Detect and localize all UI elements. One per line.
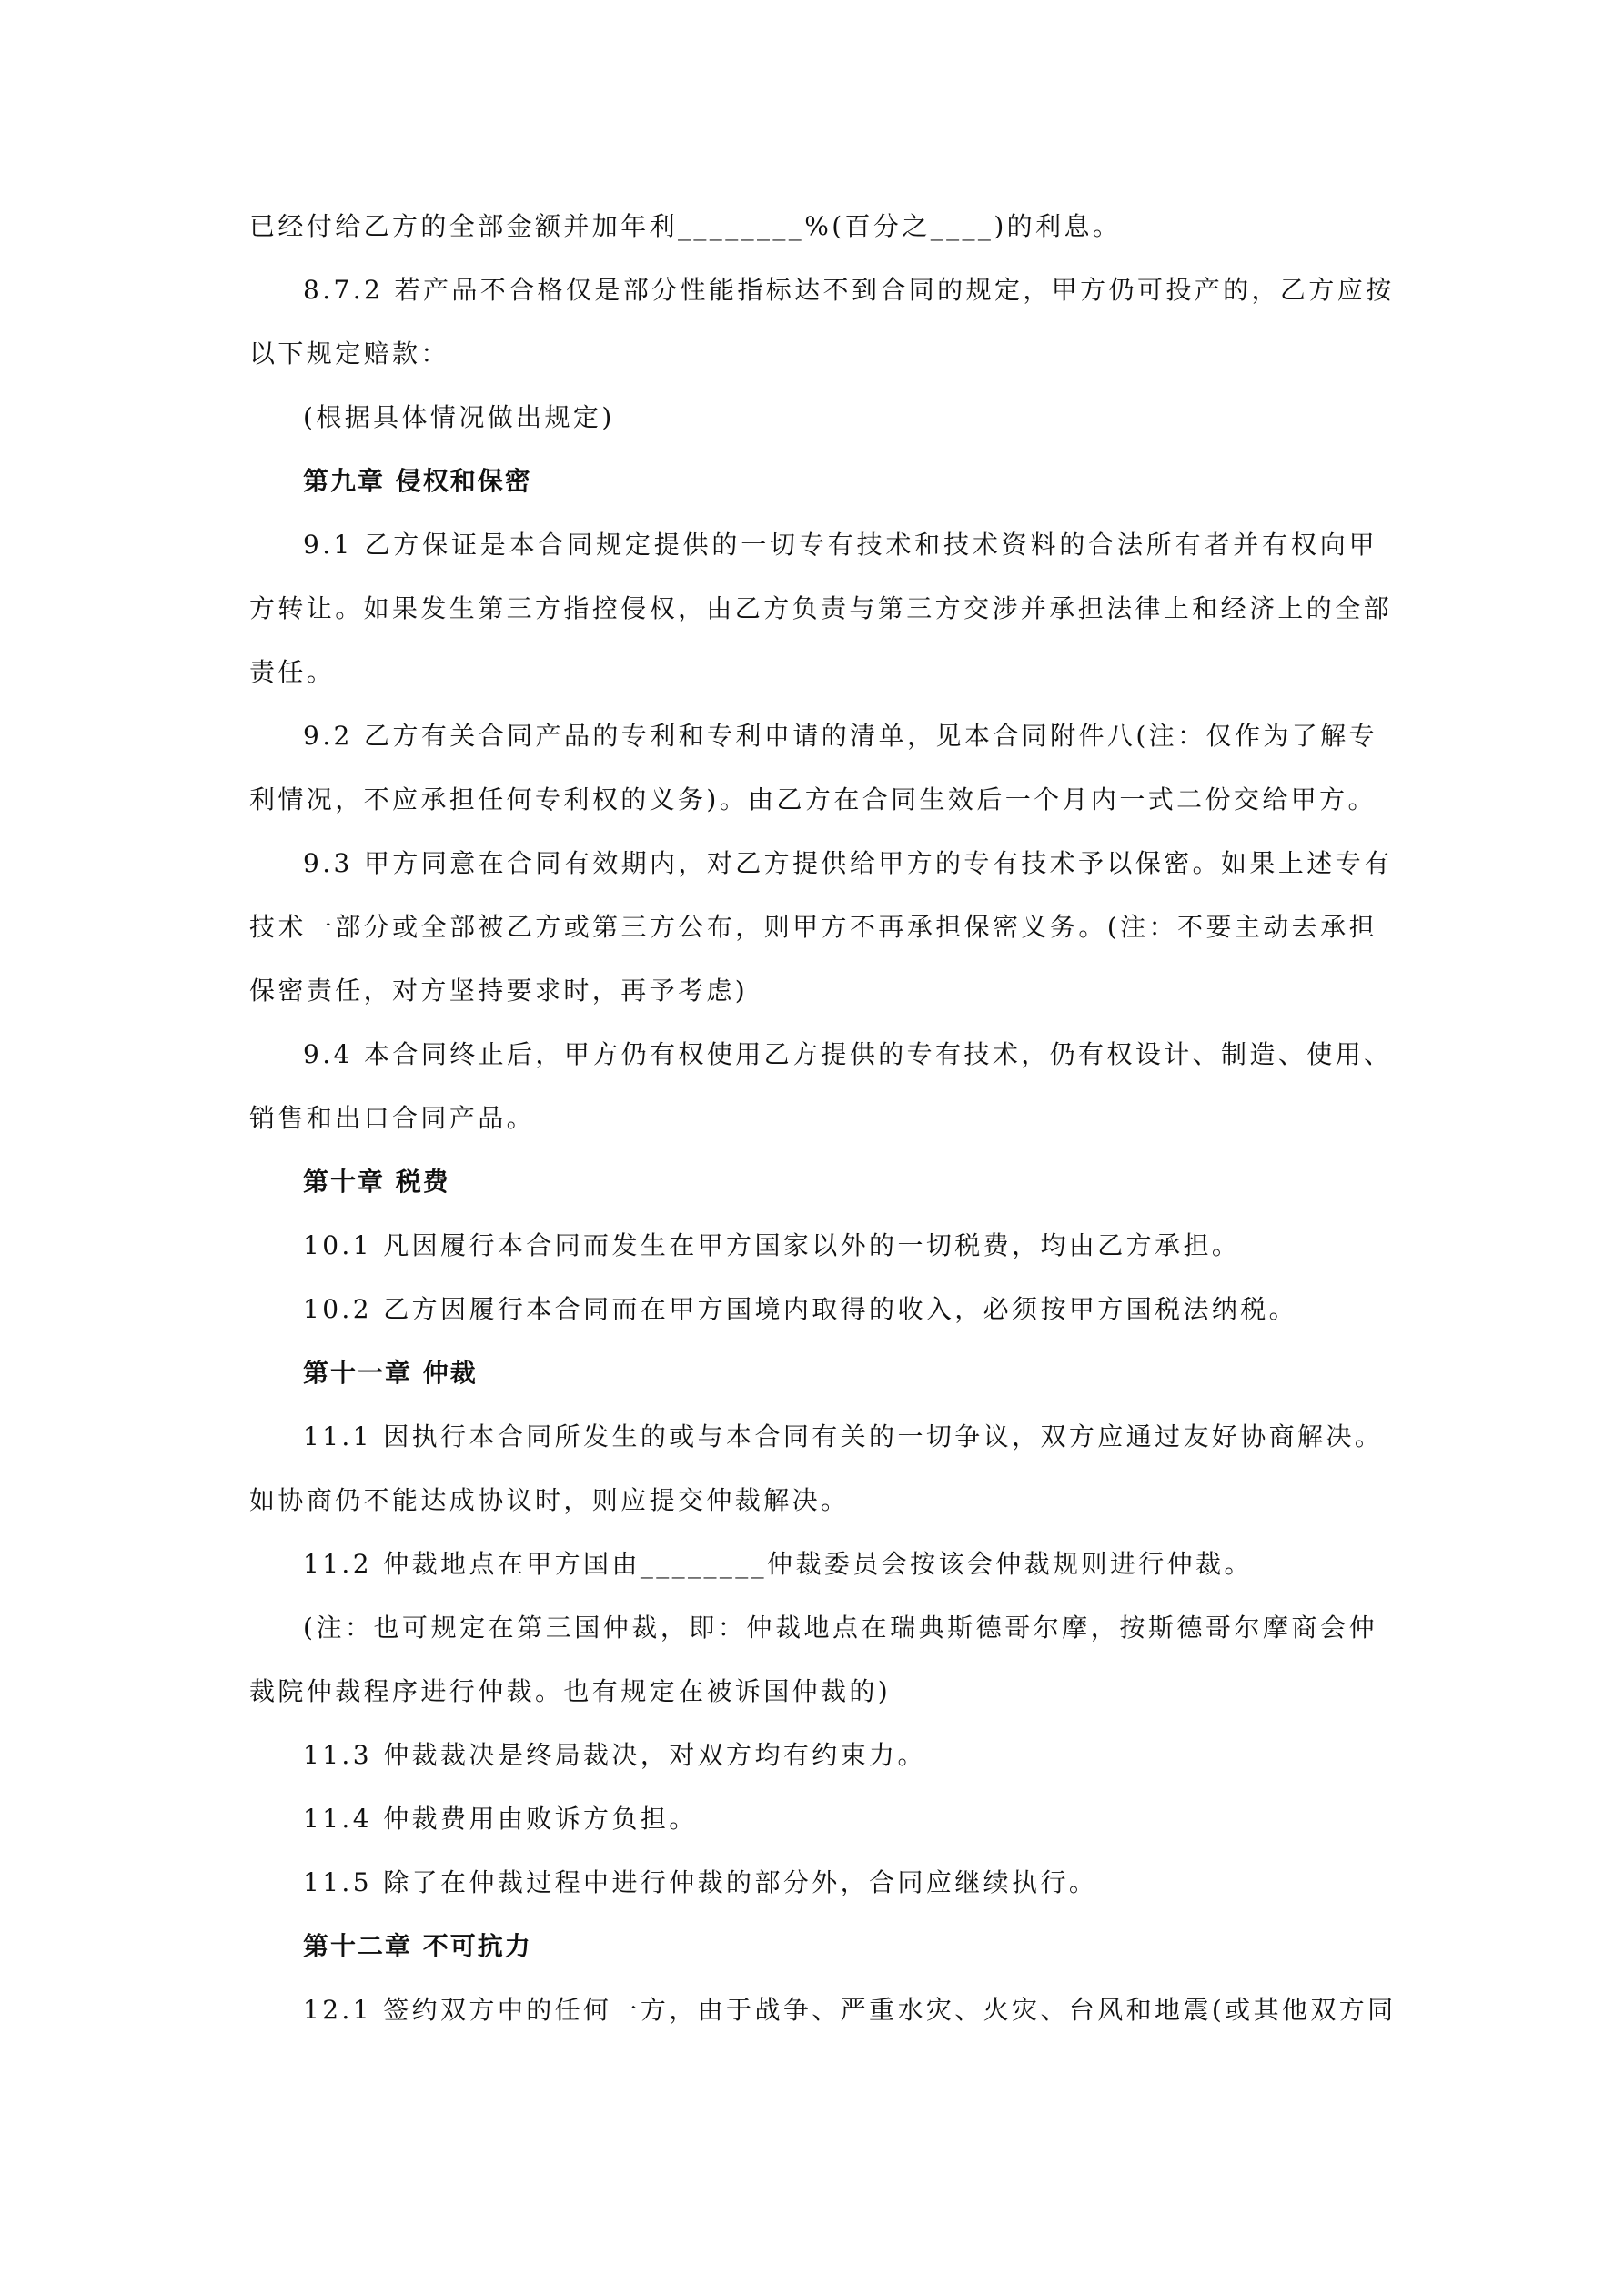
clause-9-1: 9.1 乙方保证是本合同规定提供的一切专有技术和技术资料的合法所有者并有权向甲 …: [249, 513, 1377, 704]
text-line: 如协商仍不能达成协议时，则应提交仲裁解决。: [249, 1469, 1377, 1532]
text-line: 12.1 签约双方中的任何一方，由于战争、严重水灾、火灾、台风和地震(或其他双方…: [249, 1978, 1377, 2042]
text-line: 11.3 仲裁裁决是终局裁决，对双方均有约束力。: [249, 1724, 1377, 1787]
text-line: 责任。: [249, 641, 1377, 704]
text-line: 裁院仲裁程序进行仲裁。也有规定在被诉国仲裁的): [249, 1660, 1377, 1724]
text-line: (根据具体情况做出规定): [249, 386, 1377, 450]
document-page: 已经付给乙方的全部金额并加年利________%(百分之____)的利息。 8.…: [249, 195, 1377, 2042]
clause-11-3: 11.3 仲裁裁决是终局裁决，对双方均有约束力。: [249, 1724, 1377, 1787]
text-line: 10.1 凡因履行本合同而发生在甲方国家以外的一切税费，均由乙方承担。: [249, 1214, 1377, 1278]
text-line: 以下规定赔款：: [249, 322, 1377, 386]
text-line: 销售和出口合同产品。: [249, 1087, 1377, 1150]
chapter-10-heading: 第十章 税费: [249, 1150, 1377, 1214]
text-line: 11.1 因执行本合同所发生的或与本合同有关的一切争议，双方应通过友好协商解决。: [249, 1405, 1377, 1469]
text-line: 9.3 甲方同意在合同有效期内，对乙方提供给甲方的专有技术予以保密。如果上述专有: [249, 832, 1377, 895]
clause-12-1: 12.1 签约双方中的任何一方，由于战争、严重水灾、火灾、台风和地震(或其他双方…: [249, 1978, 1377, 2042]
clause-9-2: 9.2 乙方有关合同产品的专利和专利申请的清单，见本合同附件八(注：仅作为了解专…: [249, 704, 1377, 832]
section-heading: 第十一章 仲裁: [249, 1341, 1377, 1405]
section-heading: 第十章 税费: [249, 1150, 1377, 1214]
clause-9-3: 9.3 甲方同意在合同有效期内，对乙方提供给甲方的专有技术予以保密。如果上述专有…: [249, 832, 1377, 1023]
clause-8-7-2: 8.7.2 若产品不合格仅是部分性能指标达不到合同的规定，甲方仍可投产的，乙方应…: [249, 258, 1377, 386]
text-line: 11.5 除了在仲裁过程中进行仲裁的部分外，合同应继续执行。: [249, 1851, 1377, 1915]
text-line: 方转让。如果发生第三方指控侵权，由乙方负责与第三方交涉并承担法律上和经济上的全部: [249, 577, 1377, 641]
clause-11-2: 11.2 仲裁地点在甲方国由________仲裁委员会按该会仲裁规则进行仲裁。: [249, 1532, 1377, 1596]
clause-11-1: 11.1 因执行本合同所发生的或与本合同有关的一切争议，双方应通过友好协商解决。…: [249, 1405, 1377, 1532]
text-line: 9.2 乙方有关合同产品的专利和专利申请的清单，见本合同附件八(注：仅作为了解专: [249, 704, 1377, 768]
text-line: 技术一部分或全部被乙方或第三方公布，则甲方不再承担保密义务。(注：不要主动去承担: [249, 895, 1377, 959]
text-line: 11.4 仲裁费用由败诉方负担。: [249, 1787, 1377, 1851]
paragraph-8-7-1-continuation: 已经付给乙方的全部金额并加年利________%(百分之____)的利息。: [249, 195, 1377, 258]
chapter-12-heading: 第十二章 不可抗力: [249, 1915, 1377, 1978]
clause-11-4: 11.4 仲裁费用由败诉方负担。: [249, 1787, 1377, 1851]
clause-10-2: 10.2 乙方因履行本合同而在甲方国境内取得的收入，必须按甲方国税法纳税。: [249, 1278, 1377, 1341]
text-line: 9.1 乙方保证是本合同规定提供的一切专有技术和技术资料的合法所有者并有权向甲: [249, 513, 1377, 577]
text-line: 10.2 乙方因履行本合同而在甲方国境内取得的收入，必须按甲方国税法纳税。: [249, 1278, 1377, 1341]
text-line: 9.4 本合同终止后，甲方仍有权使用乙方提供的专有技术，仍有权设计、制造、使用、: [249, 1023, 1377, 1087]
chapter-11-heading: 第十一章 仲裁: [249, 1341, 1377, 1405]
clause-10-1: 10.1 凡因履行本合同而发生在甲方国家以外的一切税费，均由乙方承担。: [249, 1214, 1377, 1278]
text-line: 11.2 仲裁地点在甲方国由________仲裁委员会按该会仲裁规则进行仲裁。: [249, 1532, 1377, 1596]
section-heading: 第九章 侵权和保密: [249, 450, 1377, 513]
note-arbitration: (注：也可规定在第三国仲裁，即：仲裁地点在瑞典斯德哥尔摩，按斯德哥尔摩商会仲 裁…: [249, 1596, 1377, 1724]
clause-9-4: 9.4 本合同终止后，甲方仍有权使用乙方提供的专有技术，仍有权设计、制造、使用、…: [249, 1023, 1377, 1150]
text-line: (注：也可规定在第三国仲裁，即：仲裁地点在瑞典斯德哥尔摩，按斯德哥尔摩商会仲: [249, 1596, 1377, 1660]
text-line: 8.7.2 若产品不合格仅是部分性能指标达不到合同的规定，甲方仍可投产的，乙方应…: [249, 258, 1377, 322]
clause-11-5: 11.5 除了在仲裁过程中进行仲裁的部分外，合同应继续执行。: [249, 1851, 1377, 1915]
text-line: 利情况，不应承担任何专利权的义务)。由乙方在合同生效后一个月内一式二份交给甲方。: [249, 768, 1377, 832]
note-paragraph: (根据具体情况做出规定): [249, 386, 1377, 450]
text-line: 保密责任，对方坚持要求时，再予考虑): [249, 959, 1377, 1023]
chapter-9-heading: 第九章 侵权和保密: [249, 450, 1377, 513]
section-heading: 第十二章 不可抗力: [249, 1915, 1377, 1978]
text-line: 已经付给乙方的全部金额并加年利________%(百分之____)的利息。: [249, 195, 1377, 258]
